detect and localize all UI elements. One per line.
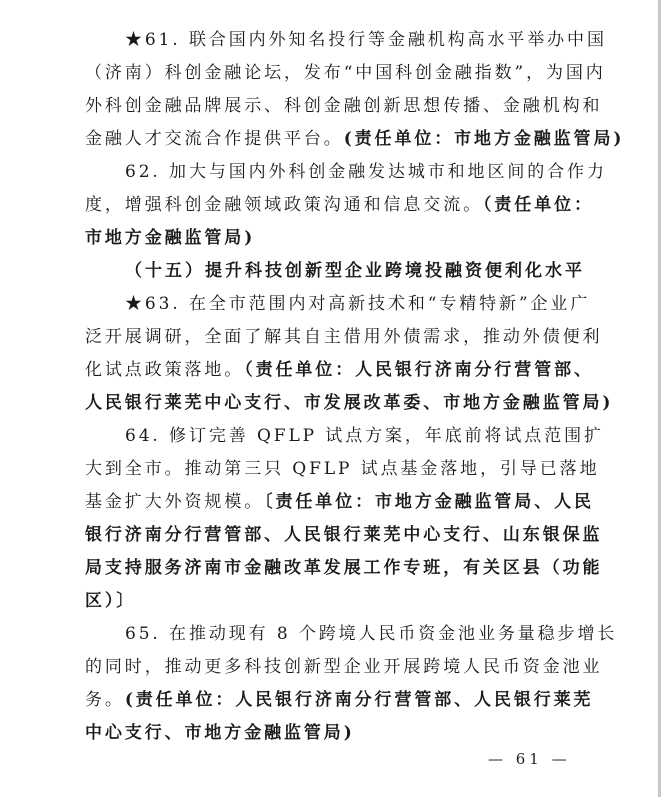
item-61-responsibility: (责任单位：市地方金融监管局): [344, 129, 625, 149]
item-63-responsibility: （责任单位：人民银行济南分行营管部、: [244, 360, 594, 380]
item-62-text: 度，增强科创金融领域政策沟通和信息交流。: [85, 195, 483, 215]
item-65-responsibility: (责任单位：人民银行济南分行营管部、人民银行莱芜: [125, 690, 594, 710]
item-64-line-3: 基金扩大外资规模。〔责任单位：市地方金融监管局、人民: [85, 486, 569, 519]
item-64-line-6: 区）〕: [85, 585, 569, 618]
item-62-line-2: 度，增强科创金融领域政策沟通和信息交流。（责任单位：: [85, 189, 569, 222]
item-65-line-1: 65. 在推动现有 8 个跨境人民币资金池业务量稳步增长: [85, 618, 569, 651]
item-63-line-1: ★63. 在全市范围内对高新技术和“专精特新”企业广: [85, 288, 569, 321]
item-62-line-3: 市地方金融监管局): [85, 222, 569, 255]
item-64-line-5: 局支持服务济南市金融改革发展工作专班，有关区县（功能: [85, 552, 569, 585]
item-61-text: 金融人才交流合作提供平台。: [85, 129, 344, 149]
item-65-line-2: 的同时，推动更多科技创新型企业开展跨境人民币资金池业: [85, 651, 569, 684]
item-65-text: 务。: [85, 690, 125, 710]
item-63: ★63. 在全市范围内对高新技术和“专精特新”企业广 泛开展调研，全面了解其自主…: [85, 288, 569, 420]
item-61-line-2: （济南）科创金融论坛，发布“中国科创金融指数”，为国内: [85, 57, 569, 90]
item-62: 62. 加大与国内外科创金融发达城市和地区间的合作力 度，增强科创金融领域政策沟…: [85, 156, 569, 255]
item-65-line-3: 务。(责任单位：人民银行济南分行营管部、人民银行莱芜: [85, 684, 569, 717]
item-64-line-1: 64. 修订完善 QFLP 试点方案，年底前将试点范围扩: [85, 420, 569, 453]
page-number: — 61 —: [488, 750, 571, 768]
item-62-responsibility: （责任单位：: [483, 195, 594, 215]
item-63-line-4: 人民银行莱芜中心支行、市发展改革委、市地方金融监管局): [85, 387, 569, 420]
item-64-text: 基金扩大外资规模。: [85, 492, 264, 512]
item-65: 65. 在推动现有 8 个跨境人民币资金池业务量稳步增长 的同时，推动更多科技创…: [85, 618, 569, 750]
item-61: ★61. 联合国内外知名投行等金融机构高水平举办中国 （济南）科创金融论坛，发布…: [85, 24, 569, 156]
item-62-line-1: 62. 加大与国内外科创金融发达城市和地区间的合作力: [85, 156, 569, 189]
item-61-line-1: ★61. 联合国内外知名投行等金融机构高水平举办中国: [85, 24, 569, 57]
item-61-line-4: 金融人才交流合作提供平台。(责任单位：市地方金融监管局): [85, 123, 569, 156]
section-heading-15: （十五）提升科技创新型企业跨境投融资便利化水平: [85, 255, 569, 288]
item-63-line-3: 化试点政策落地。（责任单位：人民银行济南分行营管部、: [85, 354, 569, 387]
item-64-line-2: 大到全市。推动第三只 QFLP 试点基金落地，引导已落地: [85, 453, 569, 486]
item-64-responsibility: 〔责任单位：市地方金融监管局、人民: [264, 492, 594, 512]
item-63-text: 化试点政策落地。: [85, 360, 244, 380]
document-page: ★61. 联合国内外知名投行等金融机构高水平举办中国 （济南）科创金融论坛，发布…: [85, 24, 569, 750]
item-63-line-2: 泛开展调研，全面了解其自主借用外债需求，推动外债便利: [85, 321, 569, 354]
item-65-line-4: 中心支行、市地方金融监管局): [85, 717, 569, 750]
item-61-line-3: 外科创金融品牌展示、科创金融创新思想传播、金融机构和: [85, 90, 569, 123]
item-64-line-4: 银行济南分行营管部、人民银行莱芜中心支行、山东银保监: [85, 519, 569, 552]
item-64: 64. 修订完善 QFLP 试点方案，年底前将试点范围扩 大到全市。推动第三只 …: [85, 420, 569, 618]
